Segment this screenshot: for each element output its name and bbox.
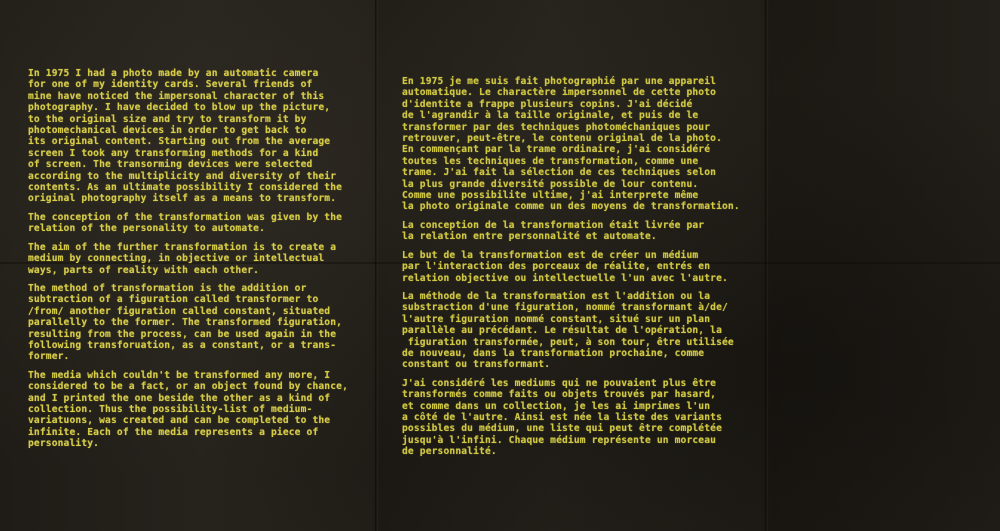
french-paragraph-4: La méthode de la transformation est l'ad…: [402, 291, 747, 371]
paper-fold-left: [375, 0, 378, 531]
english-paragraph-4: The method of transformation is the addi…: [28, 283, 358, 363]
french-paragraph-2: La conception de la transformation était…: [402, 220, 747, 243]
english-paragraph-5: The media which couldn't be transformed …: [28, 370, 358, 450]
english-paragraph-1: In 1975 I had a photo made by an automat…: [28, 68, 358, 205]
paper-fold-right: [765, 0, 768, 531]
english-text-column: In 1975 I had a photo made by an automat…: [28, 68, 358, 457]
english-paragraph-2: The conception of the transformation was…: [28, 212, 358, 235]
french-text-column: En 1975 je me suis fait photographié par…: [402, 76, 747, 465]
typed-document-sheet: In 1975 I had a photo made by an automat…: [0, 0, 1000, 531]
french-paragraph-1: En 1975 je me suis fait photographié par…: [402, 76, 747, 213]
french-paragraph-3: Le but de la transformation est de créer…: [402, 250, 747, 284]
french-paragraph-5: J'ai considéré les mediums qui ne pouvai…: [402, 378, 747, 458]
english-paragraph-3: The aim of the further transformation is…: [28, 242, 358, 276]
